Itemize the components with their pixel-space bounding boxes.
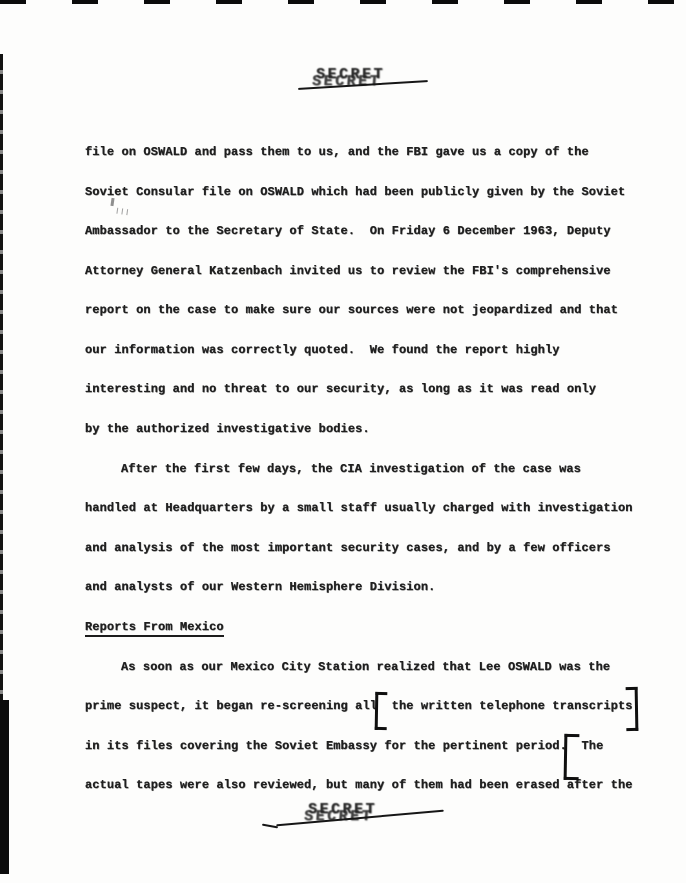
text-line-14-paragraph-start: As soon as our Mexico City Station reali…: [121, 660, 610, 674]
scan-edge-top-dashes: [0, 0, 686, 4]
text-line-4: Attorney General Katzenbach invited us t…: [85, 264, 611, 278]
text-line-6: our information was correctly quoted. We…: [85, 343, 560, 357]
scan-edge-left-bar: [0, 700, 9, 874]
text-line-17: actual tapes were also reviewed, but man…: [85, 778, 633, 792]
section-heading-reports-from-mexico: Reports From Mexico: [85, 620, 224, 637]
text-line-9-paragraph-start: After the first few days, the CIA invest…: [121, 462, 581, 476]
scan-edge-left-line: [0, 54, 3, 702]
text-line-16: in its files covering the Soviet Embassy…: [85, 739, 603, 753]
text-line-5: report on the case to make sure our sour…: [85, 303, 618, 317]
scanned-document-page: SECRET SECRET file on OSWALD and pass th…: [0, 0, 686, 883]
text-line-2: Soviet Consular file on OSWALD which had…: [85, 185, 625, 199]
handdrawn-bracket-open-tapes: [564, 734, 580, 780]
text-line-10: handled at Headquarters by a small staff…: [85, 501, 633, 515]
handdrawn-bracket-close-transcripts: [626, 687, 639, 731]
text-line-11: and analysis of the most important secur…: [85, 541, 611, 555]
text-line-1: file on OSWALD and pass them to us, and …: [85, 145, 589, 159]
text-line-7: interesting and no threat to our securit…: [85, 382, 596, 396]
text-line-15: prime suspect, it began re-screening all…: [85, 699, 633, 713]
pencil-smudge-mark: [110, 198, 114, 206]
text-line-12: and analysts of our Western Hemisphere D…: [85, 580, 435, 594]
text-line-8: by the authorized investigative bodies.: [85, 422, 370, 436]
handdrawn-bracket-open-transcripts: [375, 692, 388, 730]
text-line-3: Ambassador to the Secretary of State. On…: [85, 224, 611, 238]
